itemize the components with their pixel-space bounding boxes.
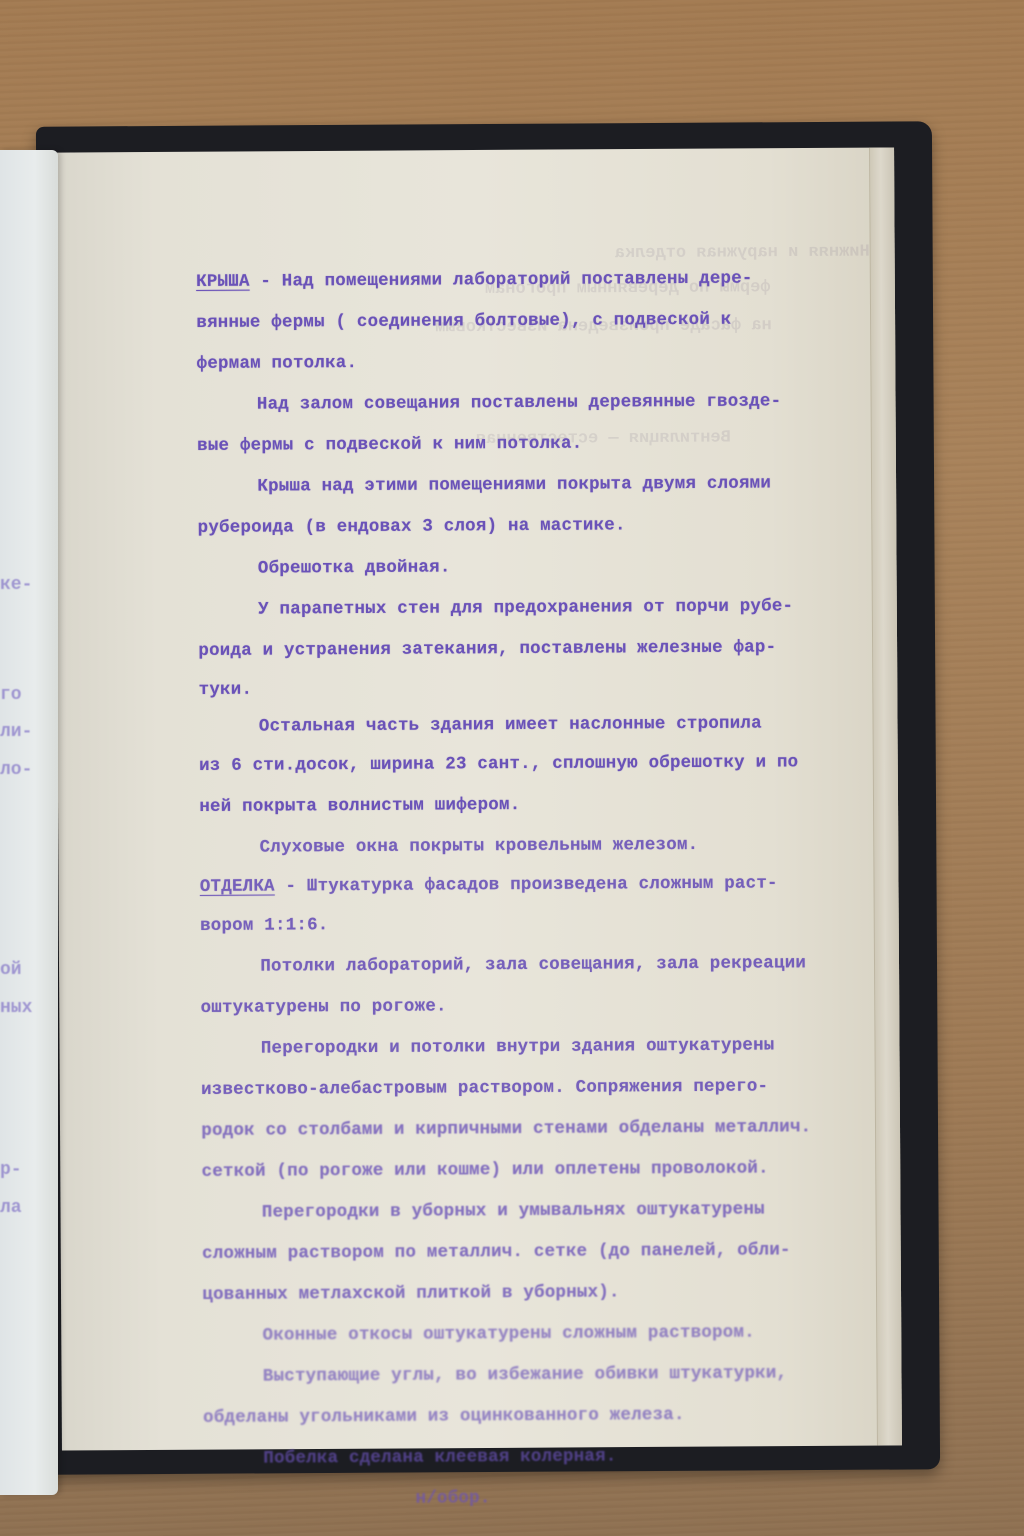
- text-line: родок со столбами и кирпичными стенами о…: [201, 1107, 841, 1152]
- section-heading-finishing: ОТДЕЛКА: [200, 877, 275, 897]
- text-line: Побелка сделана клеевая колерная.: [203, 1435, 843, 1480]
- text-line: ОТДЕЛКА - Штукатурка фасадов произведена…: [200, 865, 840, 906]
- text-line: сеткой (по рогоже или кошме) или оплетен…: [201, 1148, 841, 1193]
- left-page-fragment: го: [0, 685, 22, 705]
- text-line: Обрешотка двойная.: [198, 545, 838, 590]
- text-line: Оконные откосы оштукатурены сложным раст…: [202, 1312, 842, 1357]
- text-line: туки.: [199, 668, 839, 709]
- text-line: Перегородки и потолки внутри здания ошту…: [201, 1025, 841, 1070]
- left-page-fragment: ных: [0, 998, 32, 1018]
- left-page-fragment: ла: [0, 1198, 22, 1218]
- text-line: вые фермы с подвеской к ним потолка.: [197, 422, 837, 467]
- text-line: Перегородки в уборных и умывальнях оштук…: [202, 1189, 842, 1234]
- text-line: Потолки лабораторий, зала совещания, зал…: [200, 943, 840, 988]
- text-line: фермам потолка.: [197, 340, 837, 385]
- left-page-fragment: ли-: [0, 722, 32, 742]
- text-line: рубероида (в ендовах 3 слоя) на мастике.: [198, 504, 838, 549]
- text-line: Выступающие углы, во избежание обивки шт…: [203, 1353, 843, 1398]
- left-page-fragment: ой: [0, 960, 22, 980]
- text-line: У парапетных стен для предохранения от п…: [198, 586, 838, 631]
- text-line: оштукатурены по рогоже.: [200, 984, 840, 1029]
- text-line: известково-алебастровым раствором. Сопря…: [201, 1066, 841, 1111]
- text-line: КРЫША - Над помещениями лабораторий пост…: [196, 258, 836, 303]
- text-line: вянные фермы ( соединения болтовые), с п…: [196, 299, 836, 344]
- left-page: ке- го ли- ло- ой ных р- ла: [0, 150, 58, 1495]
- text-line: вором 1:1:6.: [200, 902, 840, 947]
- text-line: цованных метлахской плиткой в уборных).: [202, 1271, 842, 1316]
- page-footer-mark: н/обор.: [203, 1476, 843, 1521]
- text-line: ней покрыта волнистым шифером.: [199, 783, 839, 828]
- text-line: роида и устранения затекания, поставлены…: [198, 627, 838, 672]
- text-line: сложным раствором по металлич. сетке (до…: [202, 1230, 842, 1275]
- text-line: Над залом совещания поставлены деревянны…: [197, 381, 837, 426]
- left-page-fragment: р-: [0, 1160, 22, 1180]
- left-page-fragment: ке-: [0, 575, 32, 595]
- typewritten-text: КРЫША - Над помещениями лабораторий пост…: [196, 258, 844, 1521]
- text-line: Остальная часть здания имеет наслонные с…: [199, 705, 839, 746]
- text-line: обделаны угольниками из оцинкованного же…: [203, 1394, 843, 1439]
- left-page-fragment: ло-: [0, 760, 32, 780]
- text-line: Слуховые окна покрыты кровельным железом…: [199, 824, 839, 869]
- text-line: из 6 сти.досок, ширина 23 сант., сплошну…: [199, 742, 839, 787]
- section-heading-roof: КРЫША: [196, 272, 250, 292]
- text-line: Крыша над этими помещениями покрыта двум…: [197, 463, 837, 508]
